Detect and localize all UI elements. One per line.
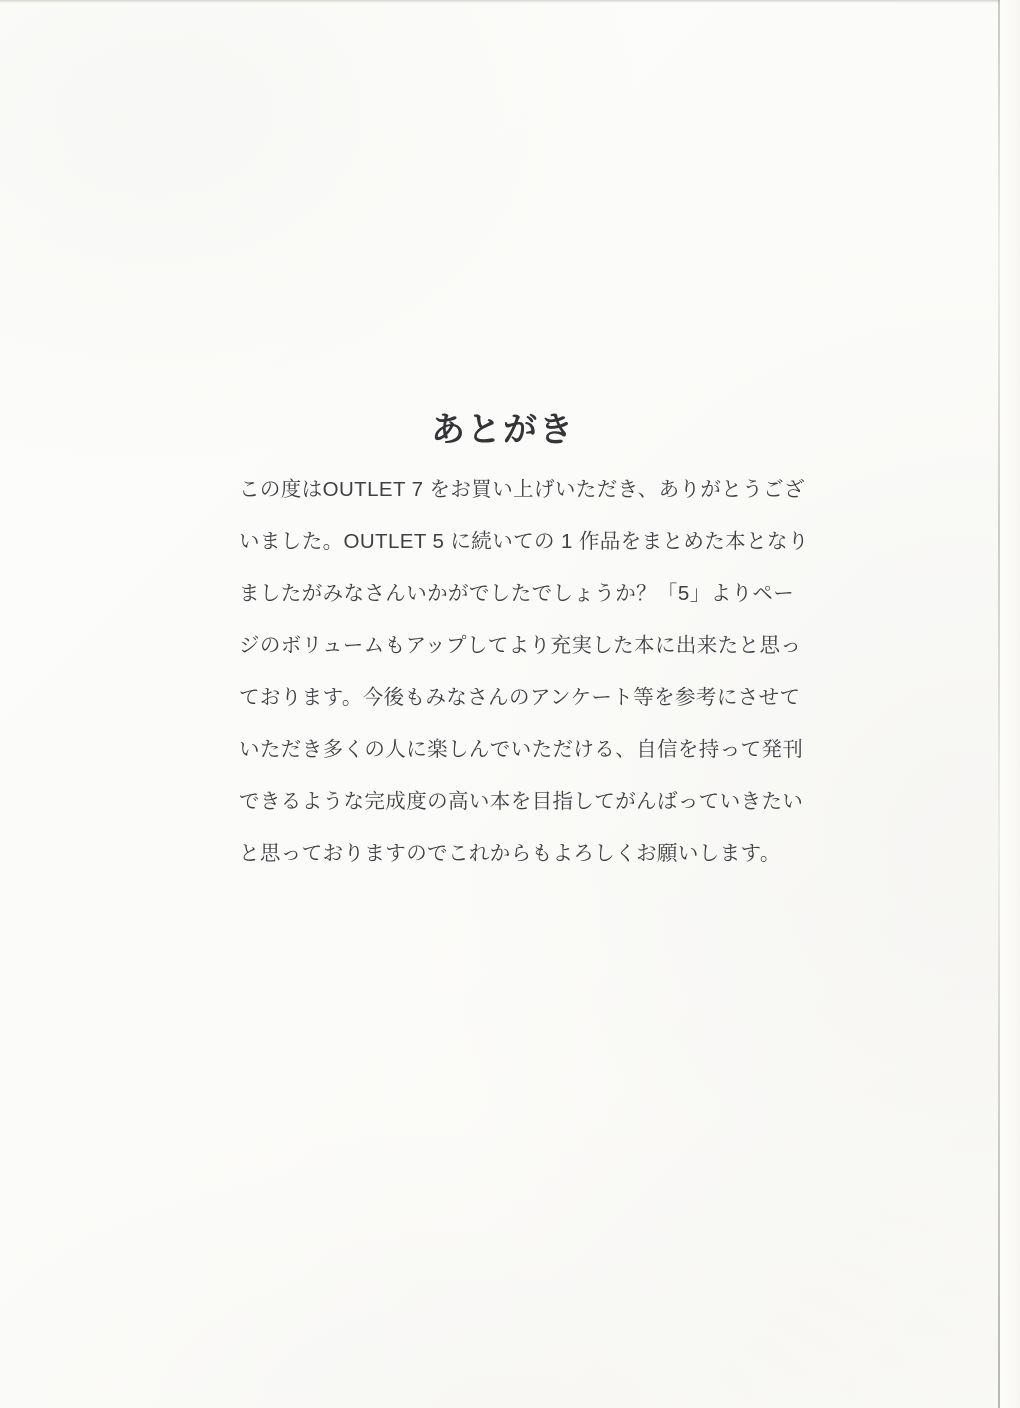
text-line: ております。今後もみなさんのアンケート等を参考にさせて bbox=[239, 672, 779, 724]
text-line: と思っておりますのでこれからもよろしくお願いします。 bbox=[239, 828, 779, 880]
scanned-page: あとがき この度はOUTLET 7 をお買い上げいただき、ありがとうござ いまし… bbox=[0, 0, 1020, 1408]
afterword-paragraph: この度はOUTLET 7 をお買い上げいただき、ありがとうござ いました。OUT… bbox=[239, 464, 779, 880]
scan-top-edge bbox=[0, 0, 1020, 3]
text-line: いただき多くの人に楽しんでいただける、自信を持って発刊 bbox=[239, 724, 779, 776]
text-line: ジのボリュームもアップしてより充実した本に出来たと思っ bbox=[239, 620, 779, 672]
text-line: この度はOUTLET 7 をお買い上げいただき、ありがとうござ bbox=[239, 464, 779, 516]
page-edge-seam bbox=[998, 0, 1000, 1408]
text-line: いました。OUTLET 5 に続いての 1 作品をまとめた本となり bbox=[239, 516, 779, 568]
afterword-title: あとがき bbox=[238, 409, 768, 451]
page-edge-margin bbox=[1000, 0, 1020, 1408]
text-line: ましたがみなさんいかがでしたでしょうか？「5」よりペー bbox=[239, 568, 779, 620]
text-line: できるような完成度の高い本を目指してがんばっていきたい bbox=[239, 776, 779, 828]
